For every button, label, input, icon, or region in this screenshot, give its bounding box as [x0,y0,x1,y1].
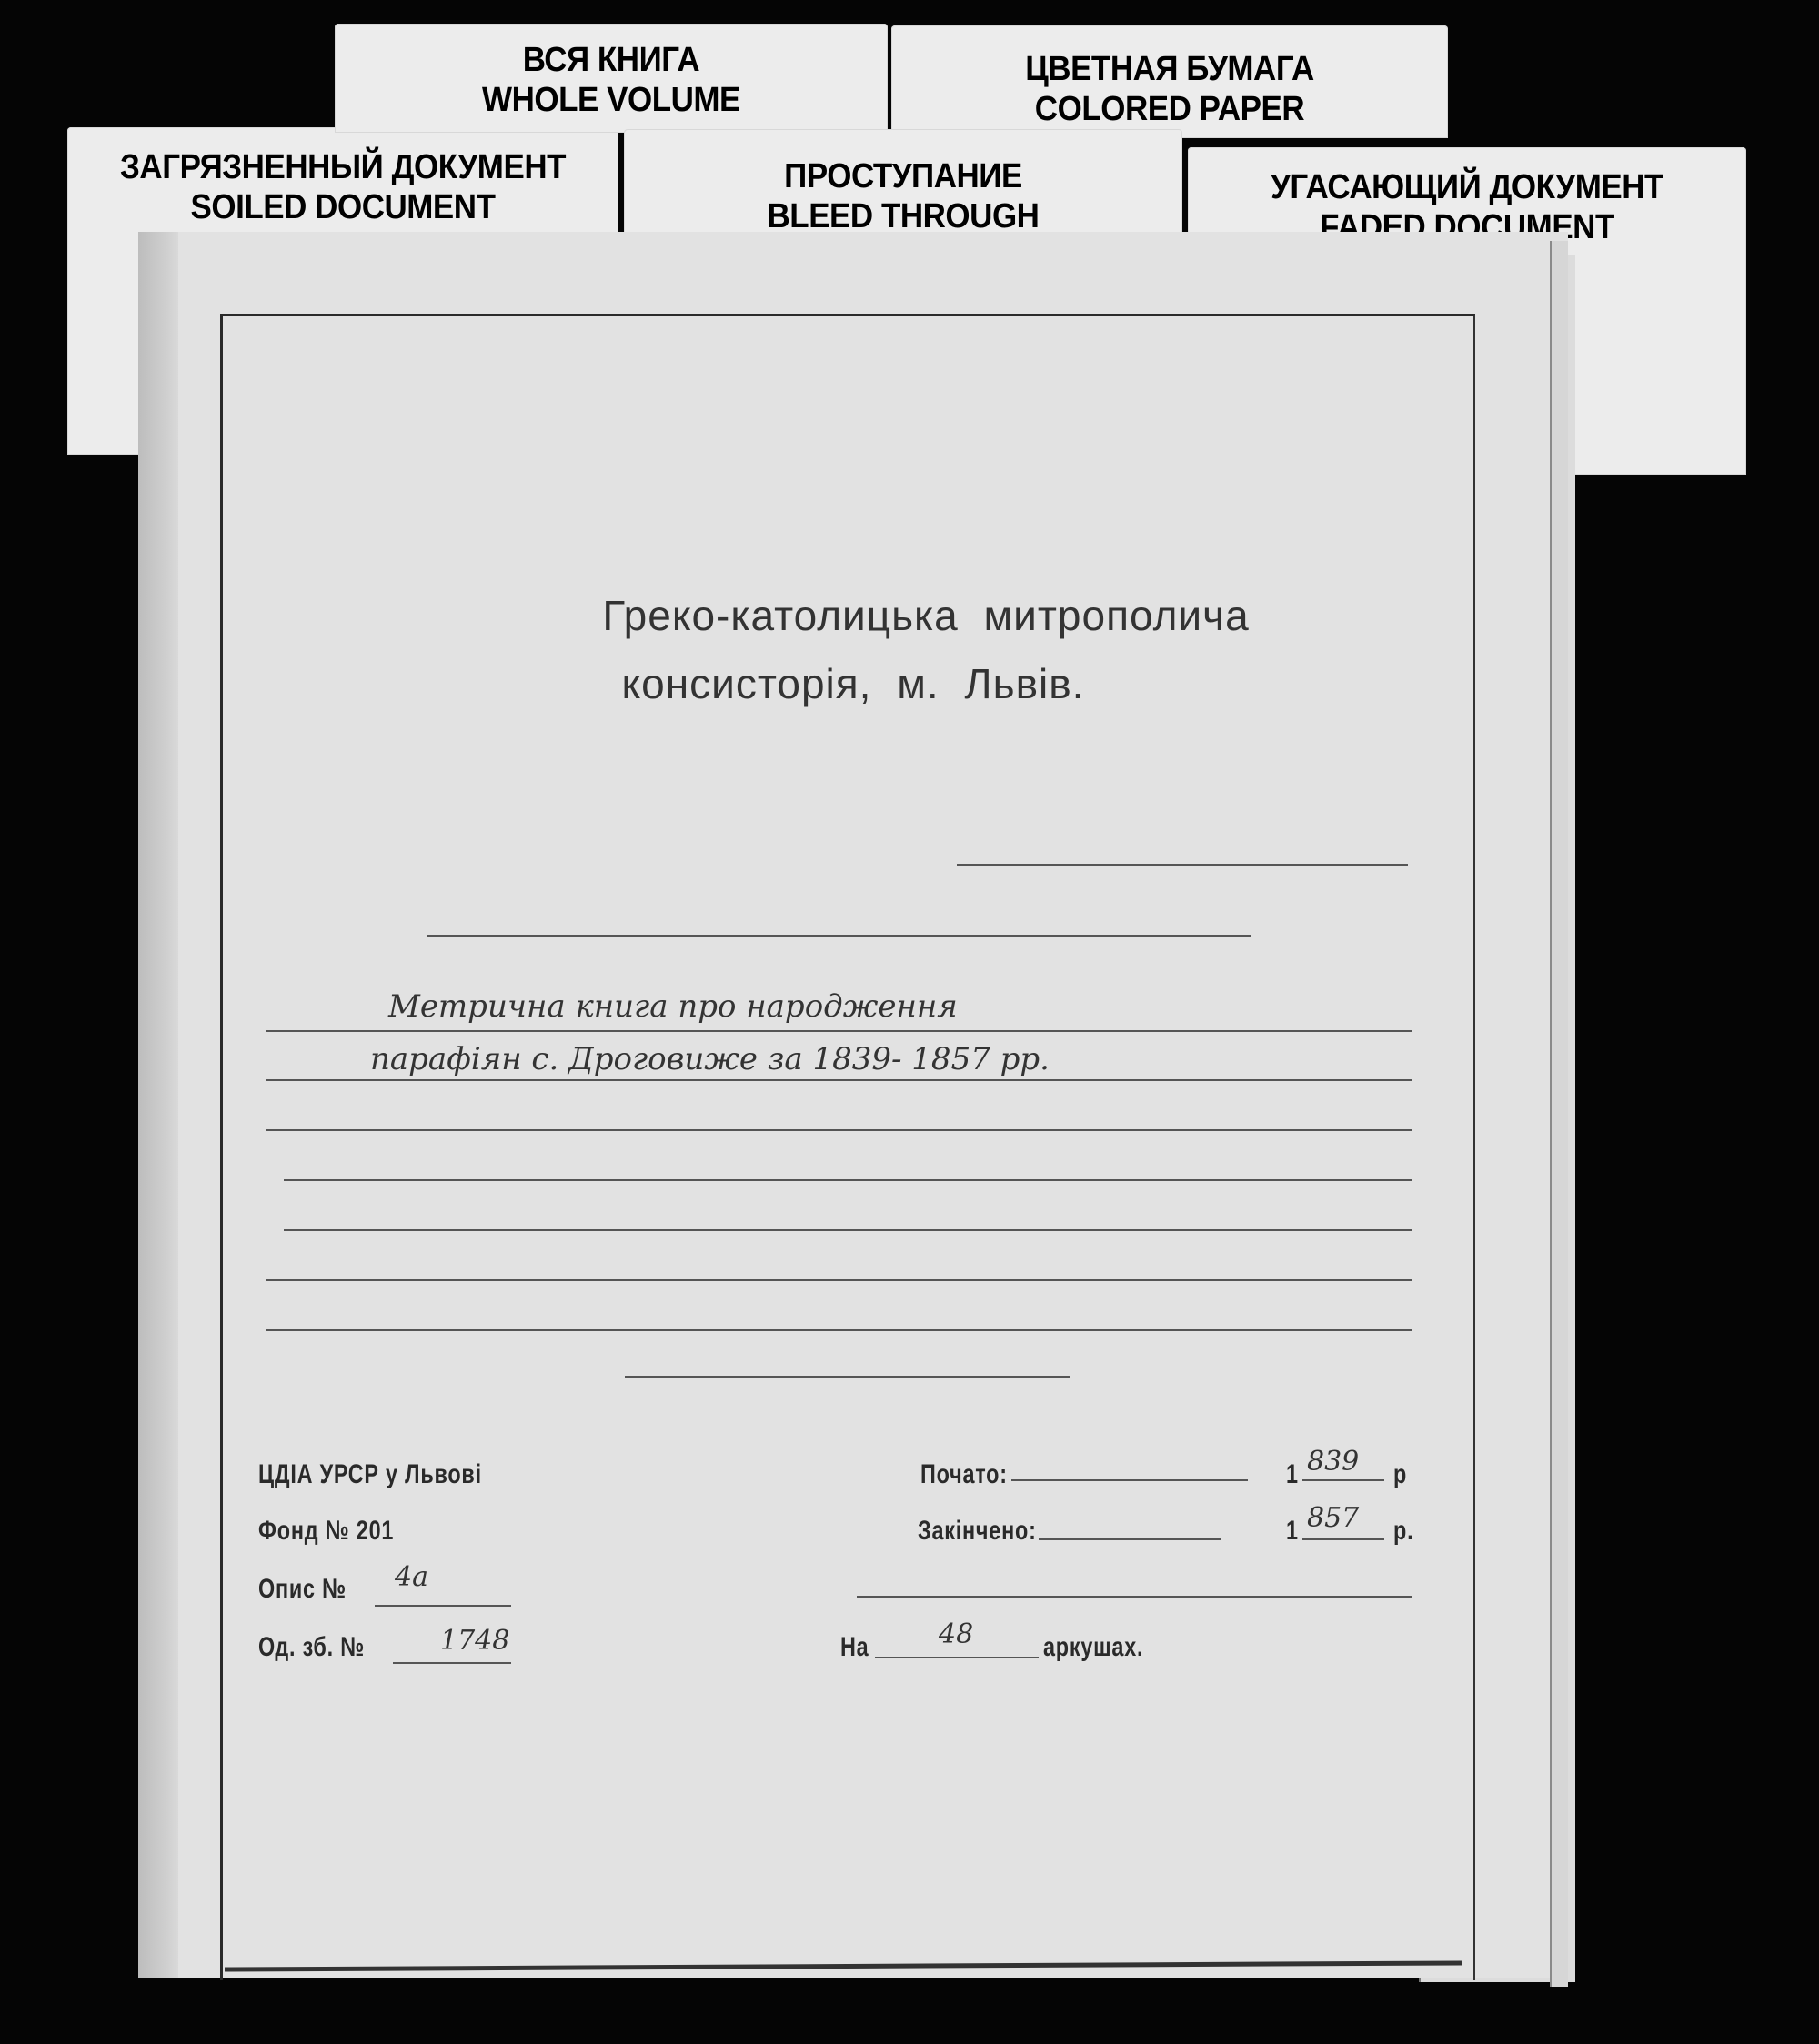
fond-number: Фонд № 201 [258,1516,394,1547]
unit-label: Од. зб. № [258,1632,365,1663]
rule [266,1079,1412,1081]
tab-label-ru: УГАСАЮЩИЙ ДОКУМЕНТ [1211,167,1724,207]
colored-paper-tab: ЦВЕТНАЯ БУМАГА COLORED PAPER [891,25,1448,138]
finished-suffix: р. [1393,1516,1413,1547]
tab-label-en: BLEED THROUGH [647,196,1161,236]
opys-line [375,1605,511,1607]
heading-line-2: консисторія, м. Львів. [138,659,1568,708]
tab-label-en: COLORED PAPER [913,89,1425,129]
rule [284,1179,1412,1181]
started-value: 839 [1307,1446,1359,1478]
finished-year-line [1302,1538,1384,1540]
rule [857,1596,1412,1598]
bleed-through-tab: ПРОСТУПАНИЕ BLEED THROUGH [624,129,1182,247]
rule [427,935,1251,937]
tab-label-ru: ЗАГРЯЗНЕННЫЙ ДОКУМЕНТ [89,147,597,187]
sheets-suffix: аркушах. [1043,1632,1143,1663]
started-line [1011,1479,1248,1481]
tab-label-ru: ЦВЕТНАЯ БУМАГА [913,49,1425,89]
finished-label: Закінчено: [918,1516,1037,1547]
started-prefix: 1 [1286,1459,1299,1490]
opys-value: 4а [395,1561,428,1593]
tab-label-en: SOILED DOCUMENT [89,187,597,227]
finished-prefix: 1 [1286,1516,1299,1547]
started-suffix: р [1393,1459,1407,1490]
unit-value: 1748 [440,1625,509,1657]
handwritten-title-line-1: Метрична книга про народження [388,988,958,1025]
rule [957,864,1408,866]
folder-cover: Греко-католицька митрополича консисторія… [138,232,1568,1978]
rule [625,1376,1070,1378]
rule [284,1229,1412,1231]
cover-spine [138,232,178,1978]
unit-line [393,1662,511,1664]
cover-right-edge [1550,241,1568,1987]
finished-value: 857 [1307,1502,1359,1534]
opys-label: Опис № [258,1574,347,1605]
started-year-line [1302,1479,1384,1481]
finished-line [1039,1538,1221,1540]
sheets-value: 48 [939,1618,973,1650]
rule [266,1030,1412,1032]
archive-institution: ЦДІА УРСР у Львові [258,1459,482,1490]
rule [266,1329,1412,1331]
whole-volume-tab: ВСЯ КНИГА WHOLE VOLUME [335,24,888,133]
cover-frame-border [220,314,1475,1980]
tab-label-en: WHOLE VOLUME [357,80,865,120]
sheets-line [875,1657,1039,1658]
heading-line-1: Греко-католицька митрополича [211,591,1641,640]
rule [266,1279,1412,1281]
started-label: Почато: [920,1459,1008,1490]
tab-label-ru: ПРОСТУПАНИЕ [647,156,1161,196]
handwritten-title-line-2: парафіян с. Дроговиже за 1839- 1857 рр. [370,1041,1050,1077]
rule [266,1129,1412,1131]
sheets-prefix: На [840,1632,869,1663]
tab-label-ru: ВСЯ КНИГА [357,40,865,80]
